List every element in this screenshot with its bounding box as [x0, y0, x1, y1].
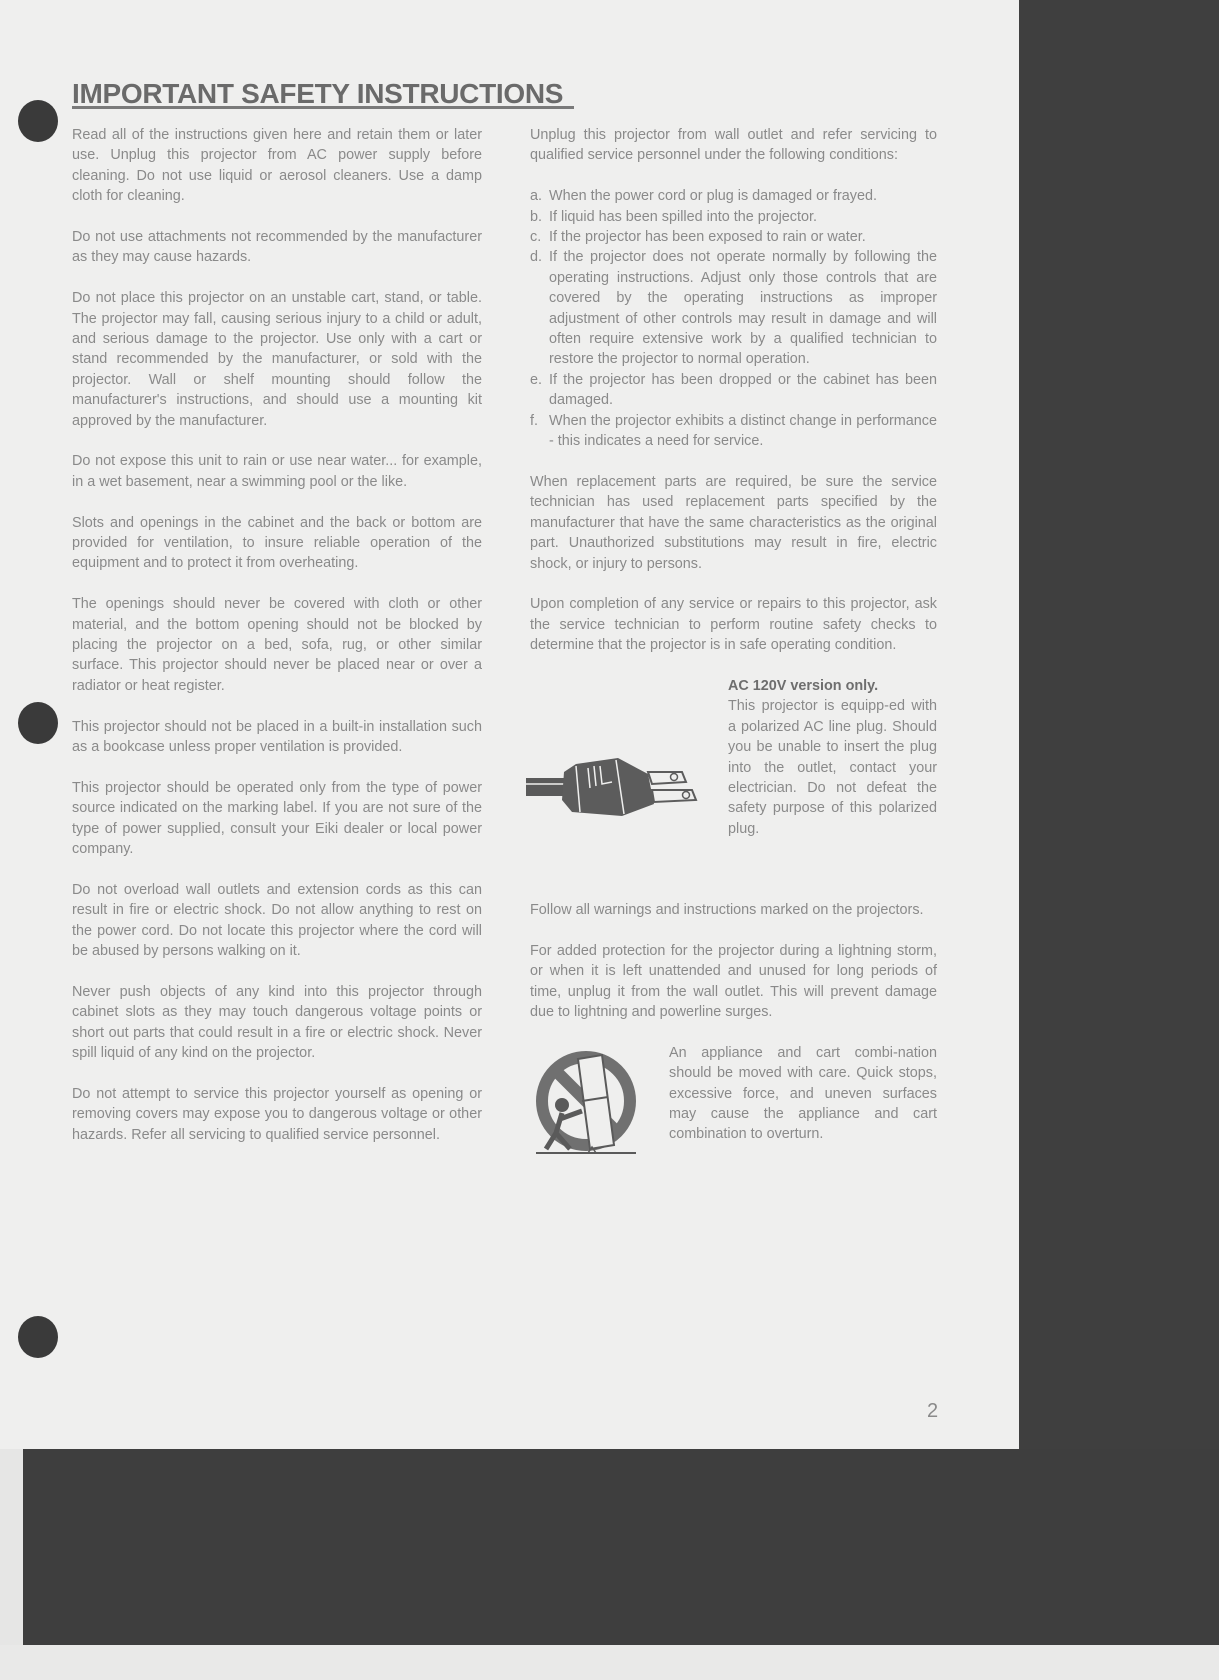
list-marker: c.	[530, 227, 541, 247]
paragraph: This projector should be operated only f…	[72, 778, 482, 860]
paragraph: Do not expose this unit to rain or use n…	[72, 451, 482, 492]
polarized-plug-icon	[526, 754, 698, 818]
paragraph: Slots and openings in the cabinet and th…	[72, 513, 482, 574]
list-marker: b.	[530, 207, 542, 227]
paragraph: Never push objects of any kind into this…	[72, 982, 482, 1064]
paragraph: Follow all warnings and instructions mar…	[530, 900, 937, 920]
list-item: a.When the power cord or plug is damaged…	[530, 186, 937, 206]
paragraph: Unplug this projector from wall outlet a…	[530, 125, 937, 166]
plug-note-heading: AC 120V version only.	[728, 676, 937, 696]
list-item: c.If the projector has been exposed to r…	[530, 227, 937, 247]
cart-tip-over-warning-icon	[530, 1049, 642, 1161]
plug-note-text: This projector is equipp-ed with a polar…	[728, 696, 937, 839]
title-underline	[72, 106, 574, 109]
list-item-text: If liquid has been spilled into the proj…	[549, 209, 817, 225]
list-item-text: When the power cord or plug is damaged o…	[549, 188, 877, 204]
paragraph: Do not overload wall outlets and extensi…	[72, 880, 482, 962]
paragraph: Do not attempt to service this projector…	[72, 1084, 482, 1145]
paragraph: Do not use attachments not recommended b…	[72, 227, 482, 268]
paragraph: This projector should not be placed in a…	[72, 717, 482, 758]
right-column: Unplug this projector from wall outlet a…	[530, 125, 937, 1163]
cart-note: An appliance and cart combi-nation shoul…	[669, 1043, 937, 1145]
list-item-text: If the projector has been dropped or the…	[549, 372, 937, 408]
list-item-text: If the projector does not operate normal…	[549, 249, 937, 367]
list-item-text: If the projector has been exposed to rai…	[549, 229, 866, 245]
scan-margin-bottom	[0, 1645, 1219, 1680]
scan-margin-left	[0, 1449, 23, 1645]
binder-hole-icon	[18, 100, 58, 142]
list-marker: f.	[530, 411, 538, 431]
cart-warning-section: An appliance and cart combi-nation shoul…	[530, 1043, 937, 1163]
binder-hole-icon	[18, 1316, 58, 1358]
paragraph: Upon completion of any service or repair…	[530, 594, 937, 655]
list-item: d.If the projector does not operate norm…	[530, 247, 937, 369]
list-marker: a.	[530, 186, 542, 206]
manual-page: IMPORTANT SAFETY INSTRUCTIONS Read all o…	[0, 0, 1019, 1449]
scan-background-right	[1019, 0, 1219, 1680]
scan-background-bottom	[23, 1449, 1219, 1645]
paragraph: For added protection for the projector d…	[530, 941, 937, 1023]
binder-hole-icon	[18, 702, 58, 744]
list-item: f.When the projector exhibits a distinct…	[530, 411, 937, 452]
paragraph: When replacement parts are required, be …	[530, 472, 937, 574]
plug-note: AC 120V version only. This projector is …	[728, 676, 937, 839]
list-marker: d.	[530, 247, 542, 267]
service-conditions-list: a.When the power cord or plug is damaged…	[530, 186, 937, 451]
list-marker: e.	[530, 370, 542, 390]
paragraph: The openings should never be covered wit…	[72, 594, 482, 696]
polarized-plug-section: AC 120V version only. This projector is …	[530, 676, 937, 880]
list-item: b.If liquid has been spilled into the pr…	[530, 207, 937, 227]
left-column: Read all of the instructions given here …	[72, 125, 482, 1166]
page-number: 2	[927, 1400, 938, 1423]
list-item-text: When the projector exhibits a distinct c…	[549, 413, 937, 449]
paragraph: Do not place this projector on an unstab…	[72, 288, 482, 431]
list-item: e.If the projector has been dropped or t…	[530, 370, 937, 411]
paragraph: Read all of the instructions given here …	[72, 125, 482, 207]
